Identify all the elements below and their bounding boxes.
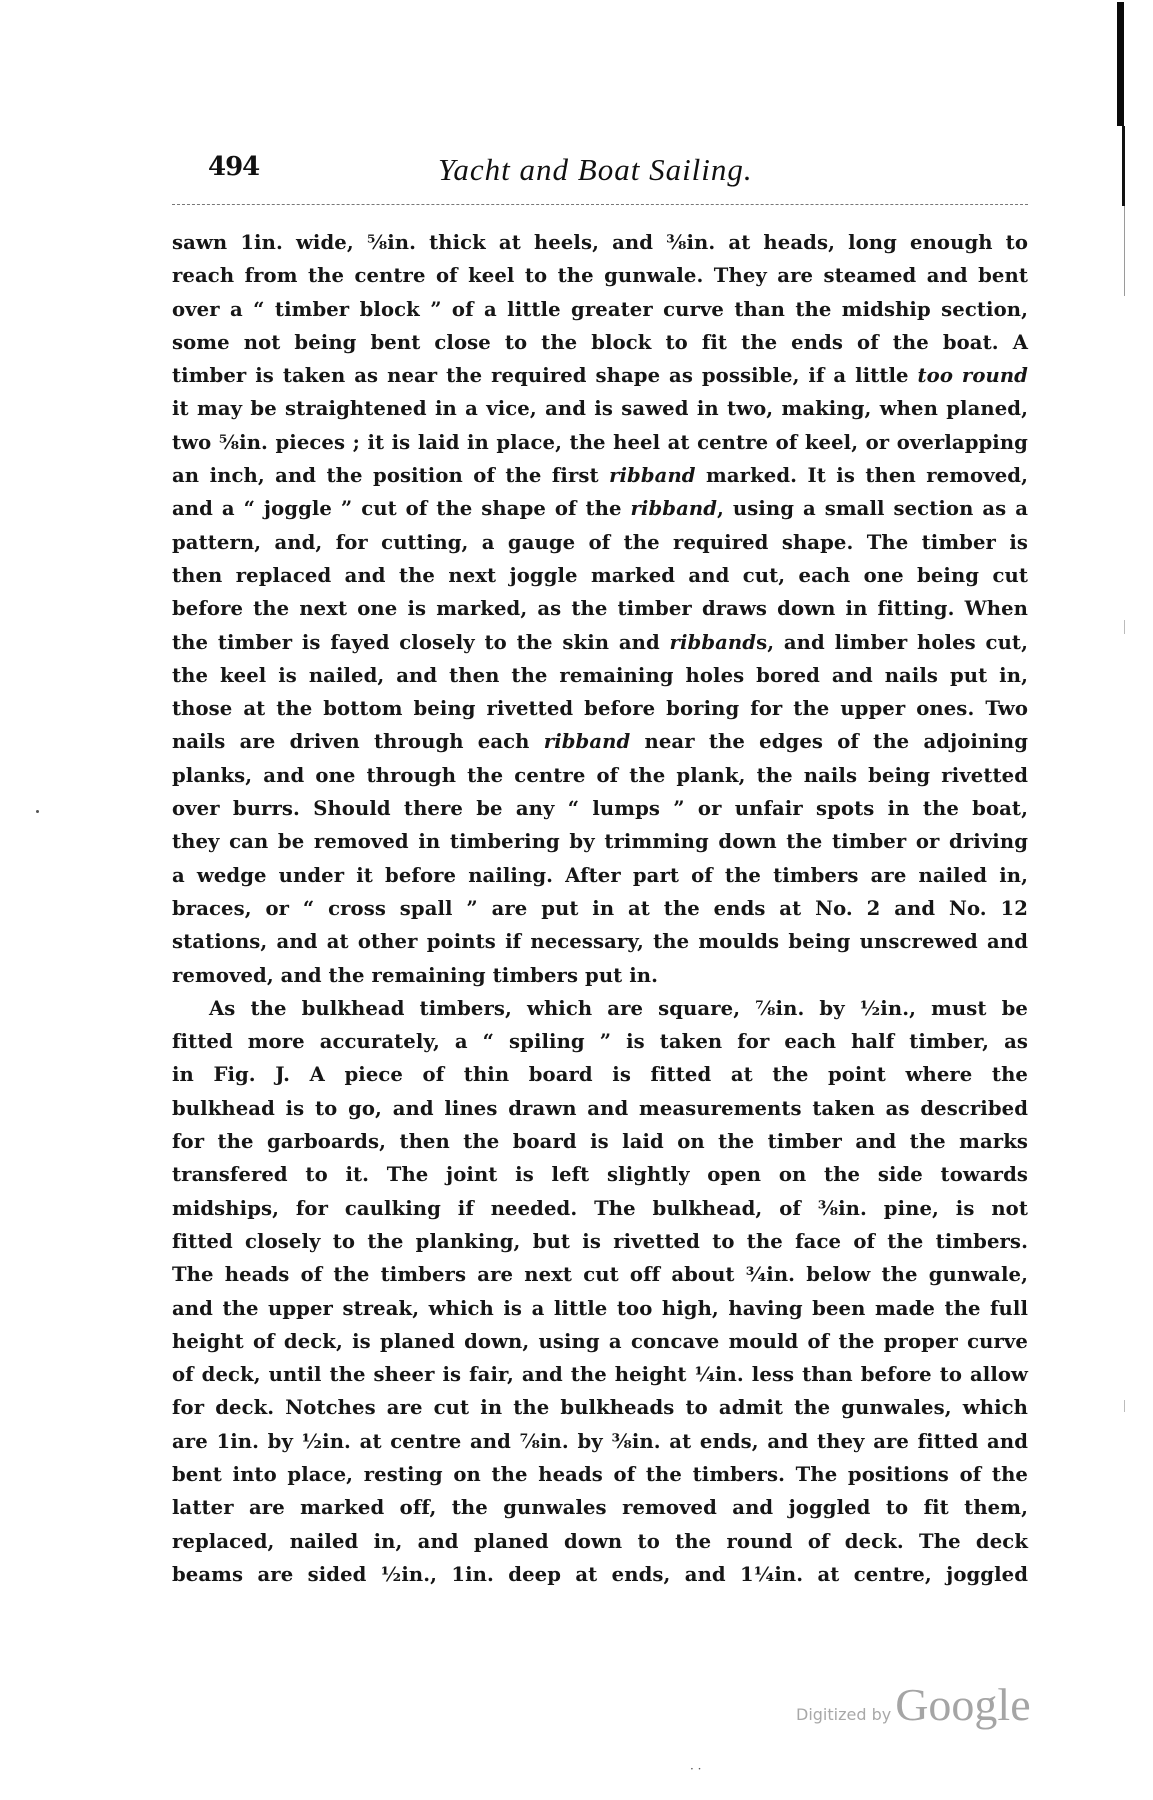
text-line: The heads of the timbers are next cut of… bbox=[172, 1258, 1028, 1291]
header-rule bbox=[172, 204, 1028, 205]
google-logo-text: Google bbox=[895, 1678, 1030, 1731]
text-line: fitted closely to the planking, but is r… bbox=[172, 1225, 1028, 1258]
text-line: latter are marked off, the gunwales remo… bbox=[172, 1491, 1028, 1524]
text-line: of deck, until the sheer is fair, and th… bbox=[172, 1358, 1028, 1391]
text-line: bent into place, resting on the heads of… bbox=[172, 1458, 1028, 1491]
text-line: and a “ joggle ” cut of the shape of the… bbox=[172, 492, 1028, 525]
text-line: sawn 1in. wide, ⅝in. thick at heels, and… bbox=[172, 226, 1028, 259]
running-title: Yacht and Boat Sailing. bbox=[438, 152, 753, 188]
scan-specks: · · bbox=[690, 1762, 701, 1776]
text-line: height of deck, is planed down, using a … bbox=[172, 1325, 1028, 1358]
scan-binding-edge bbox=[1117, 2, 1124, 126]
text-line: for the garboards, then the board is lai… bbox=[172, 1125, 1028, 1158]
text-line: those at the bottom being rivetted befor… bbox=[172, 692, 1028, 725]
scan-speck bbox=[36, 810, 39, 813]
text-line: pattern, and, for cutting, a gauge of th… bbox=[172, 526, 1028, 559]
body-text: sawn 1in. wide, ⅝in. thick at heels, and… bbox=[172, 226, 1028, 1591]
text-line: planks, and one through the centre of th… bbox=[172, 759, 1028, 792]
text-line: over burrs. Should there be any “ lumps … bbox=[172, 792, 1028, 825]
text-line: timber is taken as near the required sha… bbox=[172, 359, 1028, 392]
text-line: in Fig. J. A piece of thin board is fitt… bbox=[172, 1058, 1028, 1091]
text-line: replaced, nailed in, and planed down to … bbox=[172, 1525, 1028, 1558]
text-line: before the next one is marked, as the ti… bbox=[172, 592, 1028, 625]
scan-binding-edge-faint bbox=[1124, 206, 1125, 296]
text-line: As the bulkhead timbers, which are squar… bbox=[172, 992, 1028, 1025]
text-line: then replaced and the next joggle marked… bbox=[172, 559, 1028, 592]
text-line: stations, and at other points if necessa… bbox=[172, 925, 1028, 958]
text-line: are 1in. by ½in. at centre and ⅞in. by ⅜… bbox=[172, 1425, 1028, 1458]
text-line: beams are sided ½in., 1in. deep at ends,… bbox=[172, 1558, 1028, 1591]
text-line: transfered to it. The joint is left slig… bbox=[172, 1158, 1028, 1191]
text-line: and the upper streak, which is a little … bbox=[172, 1292, 1028, 1325]
text-line: a wedge under it before nailing. After p… bbox=[172, 859, 1028, 892]
text-line: it may be straightened in a vice, and is… bbox=[172, 392, 1028, 425]
page-header: 494 Yacht and Boat Sailing. bbox=[208, 150, 1028, 194]
scan-edge-tick bbox=[1124, 620, 1125, 634]
text-line: they can be removed in timbering by trim… bbox=[172, 825, 1028, 858]
text-line: reach from the centre of keel to the gun… bbox=[172, 259, 1028, 292]
scan-edge-tick bbox=[1124, 1400, 1125, 1412]
text-line: some not being bent close to the block t… bbox=[172, 326, 1028, 359]
text-line: removed, and the remaining timbers put i… bbox=[172, 959, 1028, 992]
text-line: the timber is fayed closely to the skin … bbox=[172, 626, 1028, 659]
text-line: two ⅝in. pieces ; it is laid in place, t… bbox=[172, 426, 1028, 459]
text-line: for deck. Notches are cut in the bulkhea… bbox=[172, 1391, 1028, 1424]
text-line: the keel is nailed, and then the remaini… bbox=[172, 659, 1028, 692]
text-line: fitted more accurately, a “ spiling ” is… bbox=[172, 1025, 1028, 1058]
text-line: an inch, and the position of the first r… bbox=[172, 459, 1028, 492]
text-line: braces, or “ cross spall ” are put in at… bbox=[172, 892, 1028, 925]
text-line: nails are driven through each ribband ne… bbox=[172, 725, 1028, 758]
watermark-prefix: Digitized by bbox=[796, 1705, 891, 1724]
page-number: 494 bbox=[208, 152, 259, 182]
scan-binding-edge-thin bbox=[1122, 126, 1125, 206]
text-line: over a “ timber block ” of a little grea… bbox=[172, 293, 1028, 326]
text-line: bulkhead is to go, and lines drawn and m… bbox=[172, 1092, 1028, 1125]
text-line: midships, for caulking if needed. The bu… bbox=[172, 1192, 1028, 1225]
digitized-by-google-watermark: Digitized by Google bbox=[796, 1678, 1031, 1731]
